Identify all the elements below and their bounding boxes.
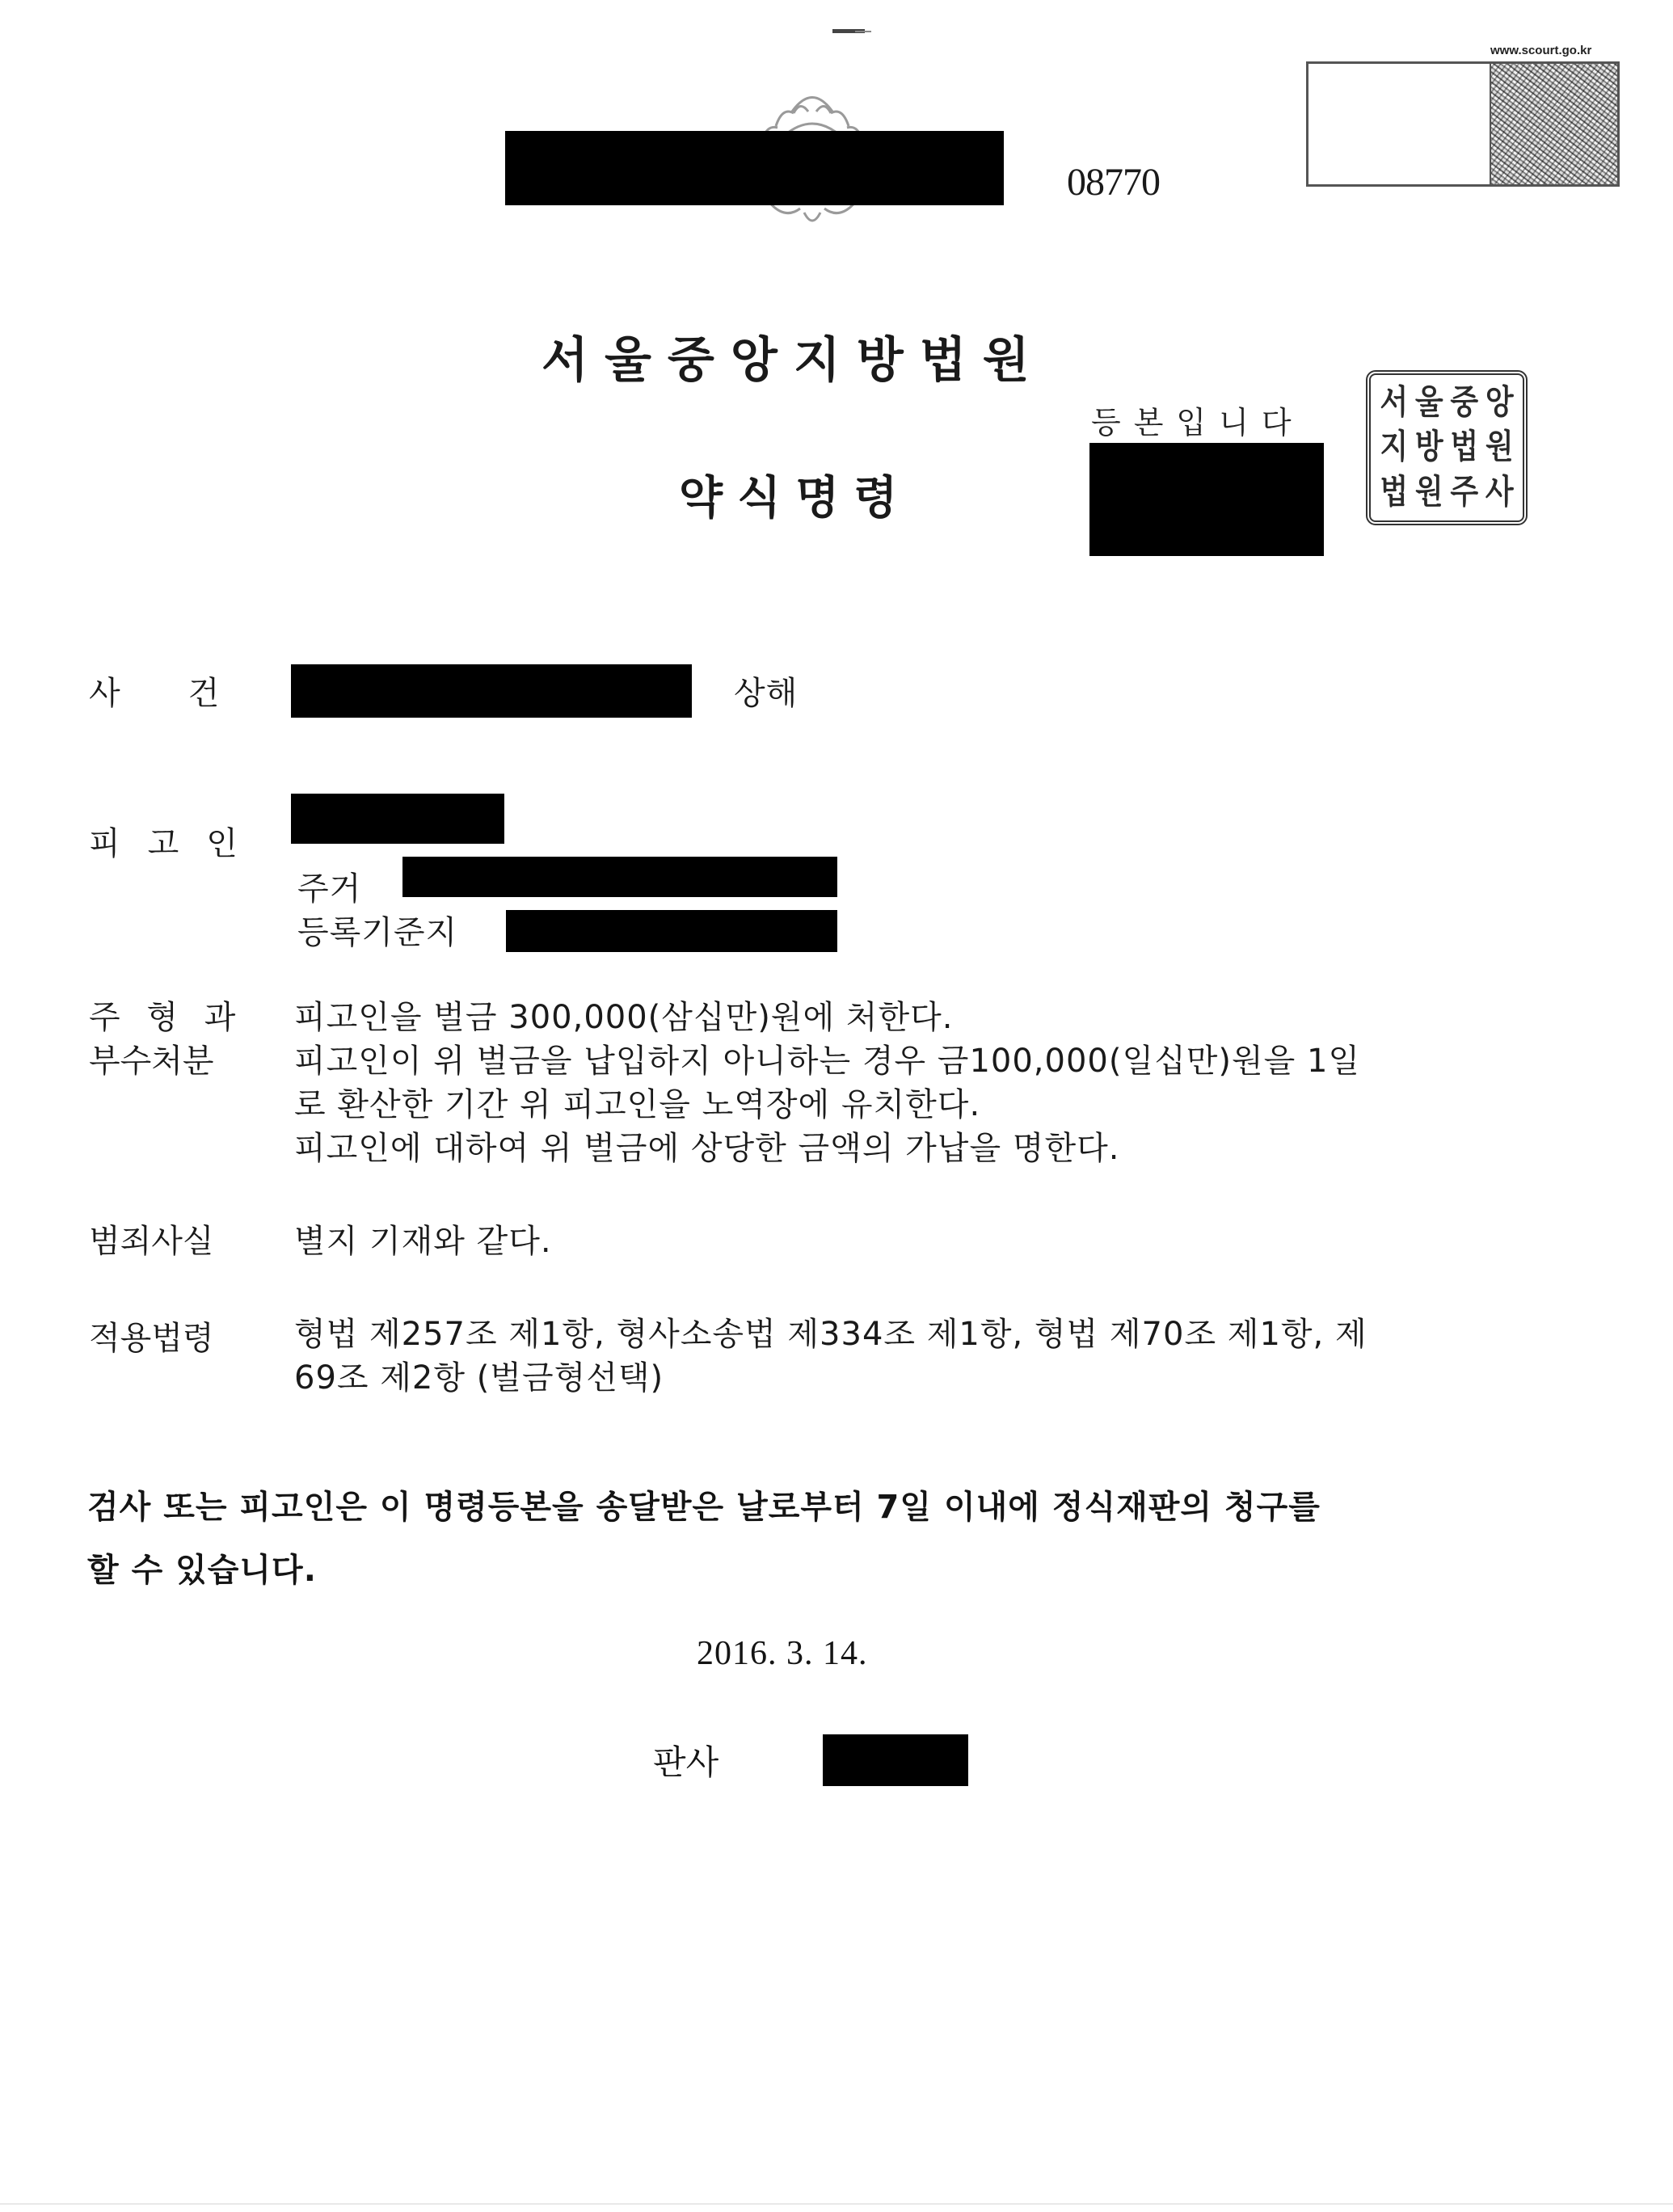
crime-facts-label: 범죄사실 bbox=[89, 1216, 214, 1262]
case-label: 사건 bbox=[89, 668, 287, 714]
redacted-clerk-name bbox=[1089, 443, 1324, 556]
notice-line: 검사 또는 피고인은 이 명령등본을 송달받은 날로부터 7일 이내에 정식재판… bbox=[87, 1476, 1321, 1539]
crime-facts-text: 별지 기재와 같다. bbox=[294, 1216, 552, 1262]
applicable-law-label: 적용법령 bbox=[89, 1312, 214, 1359]
certified-copy-text: 등본입니다 bbox=[1091, 398, 1304, 442]
case-charge: 상해 bbox=[734, 668, 798, 714]
sentence-text: 피고인을 벌금 300,000(삼십만)원에 처한다. 피고인이 위 벌금을 납… bbox=[294, 996, 1360, 1170]
seal-glyph: 원 bbox=[1413, 468, 1447, 517]
verification-code-box bbox=[1306, 61, 1620, 187]
seal-glyph: 중 bbox=[1448, 378, 1481, 428]
registration-label: 등록기준지 bbox=[297, 907, 457, 953]
address-label: 주거 bbox=[297, 863, 361, 909]
appeal-notice: 검사 또는 피고인은 이 명령등본을 송달받은 날로부터 7일 이내에 정식재판… bbox=[87, 1476, 1321, 1602]
law-line: 형법 제257조 제1항, 형사소송법 제334조 제1항, 형법 제70조 제… bbox=[294, 1312, 1367, 1356]
seal-glyph: 서 bbox=[1377, 378, 1411, 428]
document-title: 약식명령 bbox=[679, 462, 912, 527]
sentence-line: 피고인에 대하여 위 벌금에 상당한 금액의 가납을 명한다. bbox=[294, 1127, 1360, 1170]
redacted-case-number bbox=[291, 664, 692, 718]
court-name: 서울중앙지방법원 bbox=[542, 322, 1046, 391]
law-line: 69조 제2항 (벌금형선택) bbox=[294, 1356, 1367, 1400]
redacted-registration bbox=[506, 910, 837, 952]
verification-code-icon bbox=[1490, 64, 1617, 184]
seal-glyph: 지 bbox=[1377, 423, 1411, 472]
seal-glyph: 울 bbox=[1413, 378, 1447, 428]
sentence-line: 피고인을 벌금 300,000(삼십만)원에 처한다. bbox=[294, 996, 1360, 1039]
seal-glyph: 법 bbox=[1448, 423, 1481, 472]
sentence-label-line: 부수처분 bbox=[89, 1039, 243, 1083]
redacted-address bbox=[402, 857, 837, 897]
scan-edge bbox=[0, 2203, 1673, 2205]
judge-label: 판사 bbox=[653, 1736, 719, 1784]
defendant-label: 피고인 bbox=[89, 818, 265, 864]
redacted-case-header bbox=[505, 131, 1004, 205]
seal-glyph: 앙 bbox=[1483, 378, 1517, 428]
notice-line: 할 수 있습니다. bbox=[87, 1539, 1321, 1602]
seal-glyph: 원 bbox=[1483, 423, 1517, 472]
site-url: www.scourt.go.kr bbox=[1490, 44, 1591, 57]
sentence-label: 주 형 과 부수처분 bbox=[89, 996, 243, 1083]
redacted-defendant-name bbox=[291, 794, 504, 844]
document-number: 08770 bbox=[1067, 160, 1160, 204]
seal-glyph: 법 bbox=[1377, 468, 1411, 517]
sentence-line: 로 환산한 기간 위 피고인을 노역장에 유치한다. bbox=[294, 1083, 1360, 1127]
redacted-judge-name bbox=[823, 1734, 968, 1786]
seal-glyph: 주 bbox=[1448, 468, 1481, 517]
sentence-label-line: 주 형 과 bbox=[89, 996, 243, 1039]
seal-glyph: 사 bbox=[1483, 468, 1517, 517]
sentence-line: 피고인이 위 벌금을 납입하지 아니하는 경우 금100,000(일십만)원을 … bbox=[294, 1039, 1360, 1083]
seal-glyph: 방 bbox=[1413, 423, 1447, 472]
applicable-law-text: 형법 제257조 제1항, 형사소송법 제334조 제1항, 형법 제70조 제… bbox=[294, 1312, 1367, 1400]
scan-mark bbox=[855, 31, 871, 32]
court-seal-icon: 서 울 중 앙 지 방 법 원 법 원 주 사 bbox=[1366, 370, 1528, 525]
issue-date: 2016. 3. 14. bbox=[697, 1634, 868, 1673]
